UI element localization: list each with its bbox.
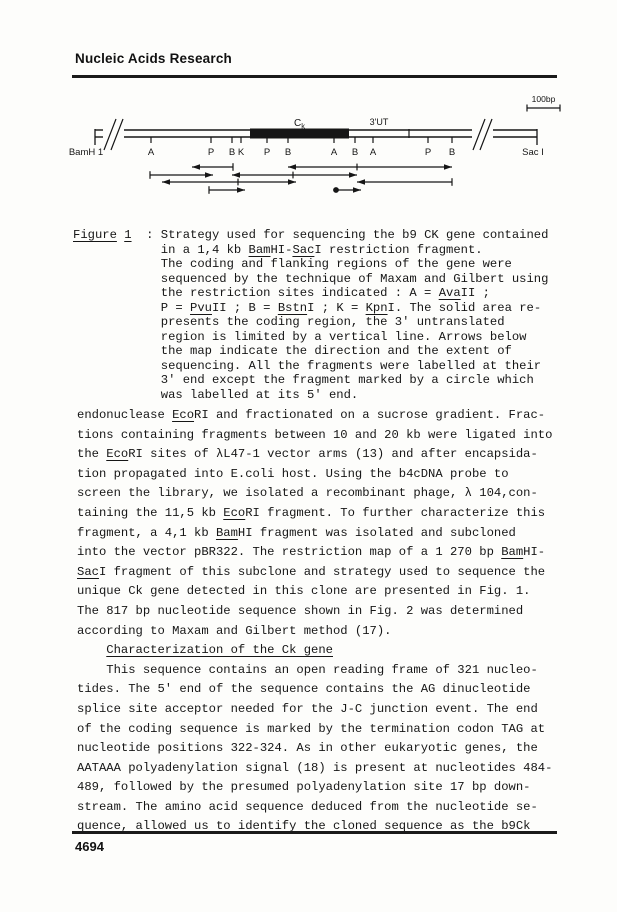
text-line: the map indicate the direction and the e… — [73, 344, 548, 359]
right-arrowhead — [237, 187, 245, 192]
restriction-site: P — [264, 137, 270, 158]
site-label: B — [352, 147, 358, 158]
text-line: nucleotide positions 322-324. As in othe… — [77, 739, 552, 759]
figure-diagram: 100bpCk3'UTAPBKPBABAPBBamH 1Sac I — [0, 88, 617, 208]
text-line: This sequence contains an open reading f… — [77, 661, 552, 681]
journal-page: Nucleic Acids Research 100bpCk3'UTAPBKPB… — [0, 0, 617, 912]
text-line: quence, allowed us to identify the clone… — [77, 817, 552, 837]
text-line: splice site acceptor needed for the J-C … — [77, 700, 552, 720]
scale-bar: 100bp — [527, 94, 560, 112]
left-arrowhead — [162, 179, 170, 184]
utr-region-label: 3'UT — [370, 117, 389, 127]
sequencing-arrow — [357, 178, 452, 186]
sequencing-arrows — [150, 163, 452, 194]
site-label: B — [229, 147, 235, 158]
sequencing-arrow — [192, 163, 233, 171]
left-arrowhead — [232, 172, 240, 177]
site-label: P — [208, 147, 214, 158]
restriction-site: B — [352, 137, 358, 158]
text-line: region is limited by a vertical line. Ar… — [73, 330, 548, 345]
restriction-site: A — [148, 137, 155, 158]
text-line: SacI fragment of this subclone and strat… — [77, 563, 552, 583]
header-rule — [72, 75, 557, 78]
right-arrowhead — [349, 172, 357, 177]
site-label: K — [238, 147, 245, 158]
restriction-site: B — [285, 137, 291, 158]
restriction-site: P — [425, 137, 431, 158]
text-line: in a 1,4 kb BamHI-SacI restriction fragm… — [73, 243, 548, 258]
text-line: 3' end except the fragment marked by a c… — [73, 373, 548, 388]
sequencing-arrow — [288, 164, 452, 171]
text-line: was labelled at its 5' end. — [73, 388, 548, 403]
sequencing-arrow — [232, 172, 357, 179]
text-line: unique Ck gene detected in this clone ar… — [77, 582, 552, 602]
left-arrowhead — [192, 164, 200, 169]
bamhi-end-label: BamH 1 — [69, 147, 103, 158]
text-line: fragment, a 4,1 kb BamHI fragment was is… — [77, 524, 552, 544]
site-label: B — [285, 147, 291, 158]
restriction-site: P — [208, 137, 214, 158]
text-line: of the coding sequence is marked by the … — [77, 720, 552, 740]
text-line: the EcoRI sites of λL47-1 vector arms (1… — [77, 445, 552, 465]
sequencing-arrow — [162, 179, 296, 186]
page-number: 4694 — [75, 839, 104, 854]
text-line: sequenced by the technique of Maxam and … — [73, 272, 548, 287]
sequencing-arrow — [209, 186, 245, 194]
left-arrowhead — [288, 164, 296, 169]
site-label: A — [331, 147, 338, 158]
restriction-map: Ck3'UT — [95, 117, 537, 150]
text-line: according to Maxam and Gilbert method (1… — [77, 622, 552, 642]
footer-rule — [72, 831, 557, 834]
text-line: tions containing fragments between 10 an… — [77, 426, 552, 446]
sequencing-arrow — [150, 171, 213, 179]
text-line: stream. The amino acid sequence deduced … — [77, 798, 552, 818]
left-arrowhead — [357, 179, 365, 184]
text-line: endonuclease EcoRI and fractionated on a… — [77, 406, 552, 426]
restriction-site: A — [370, 137, 377, 158]
text-line: Figure 1 : Strategy used for sequencing … — [73, 228, 548, 243]
text-line: tion propagated into E.coli host. Using … — [77, 465, 552, 485]
sequencing-arrow — [333, 187, 361, 193]
text-line: The 817 bp nucleotide sequence shown in … — [77, 602, 552, 622]
text-line: presents the coding region, the 3' untra… — [73, 315, 548, 330]
right-arrowhead — [205, 172, 213, 177]
body-text: endonuclease EcoRI and fractionated on a… — [77, 406, 552, 837]
scale-bar-label: 100bp — [532, 94, 556, 104]
journal-title: Nucleic Acids Research — [75, 51, 232, 66]
map-break — [104, 119, 123, 150]
restriction-site: B — [449, 137, 455, 158]
restriction-site: K — [238, 137, 245, 158]
text-line: 489, followed by the presumed polyadenyl… — [77, 778, 552, 798]
map-break — [473, 119, 492, 150]
right-arrowhead — [288, 179, 296, 184]
site-label: A — [370, 147, 377, 158]
restriction-site: A — [331, 137, 338, 158]
text-line: P = PvuII ; B = BstnI ; K = KpnI. The so… — [73, 301, 548, 316]
text-line: into the vector pBR322. The restriction … — [77, 543, 552, 563]
figure-caption: Figure 1 : Strategy used for sequencing … — [73, 228, 548, 402]
text-line: AATAAA polyadenylation signal (18) is pr… — [77, 759, 552, 779]
text-line: The coding and flanking regions of the g… — [73, 257, 548, 272]
restriction-sites: APBKPBABAPBBamH 1Sac I — [69, 137, 544, 158]
text-line: tides. The 5' end of the sequence contai… — [77, 680, 552, 700]
site-label: P — [264, 147, 270, 158]
saci-end-label: Sac I — [522, 147, 544, 158]
text-line: the restriction sites indicated : A = Av… — [73, 286, 548, 301]
restriction-site: B — [229, 137, 235, 158]
site-label: P — [425, 147, 431, 158]
coding-region-label: Ck — [294, 118, 305, 131]
right-arrowhead — [444, 164, 452, 169]
text-line: sequencing. All the fragments were label… — [73, 359, 548, 374]
text-line: Characterization of the Ck gene — [77, 641, 552, 661]
right-arrowhead — [353, 187, 361, 192]
text-line: screen the library, we isolated a recomb… — [77, 484, 552, 504]
site-label: A — [148, 147, 155, 158]
text-line: taining the 11,5 kb EcoRI fragment. To f… — [77, 504, 552, 524]
site-label: B — [449, 147, 455, 158]
